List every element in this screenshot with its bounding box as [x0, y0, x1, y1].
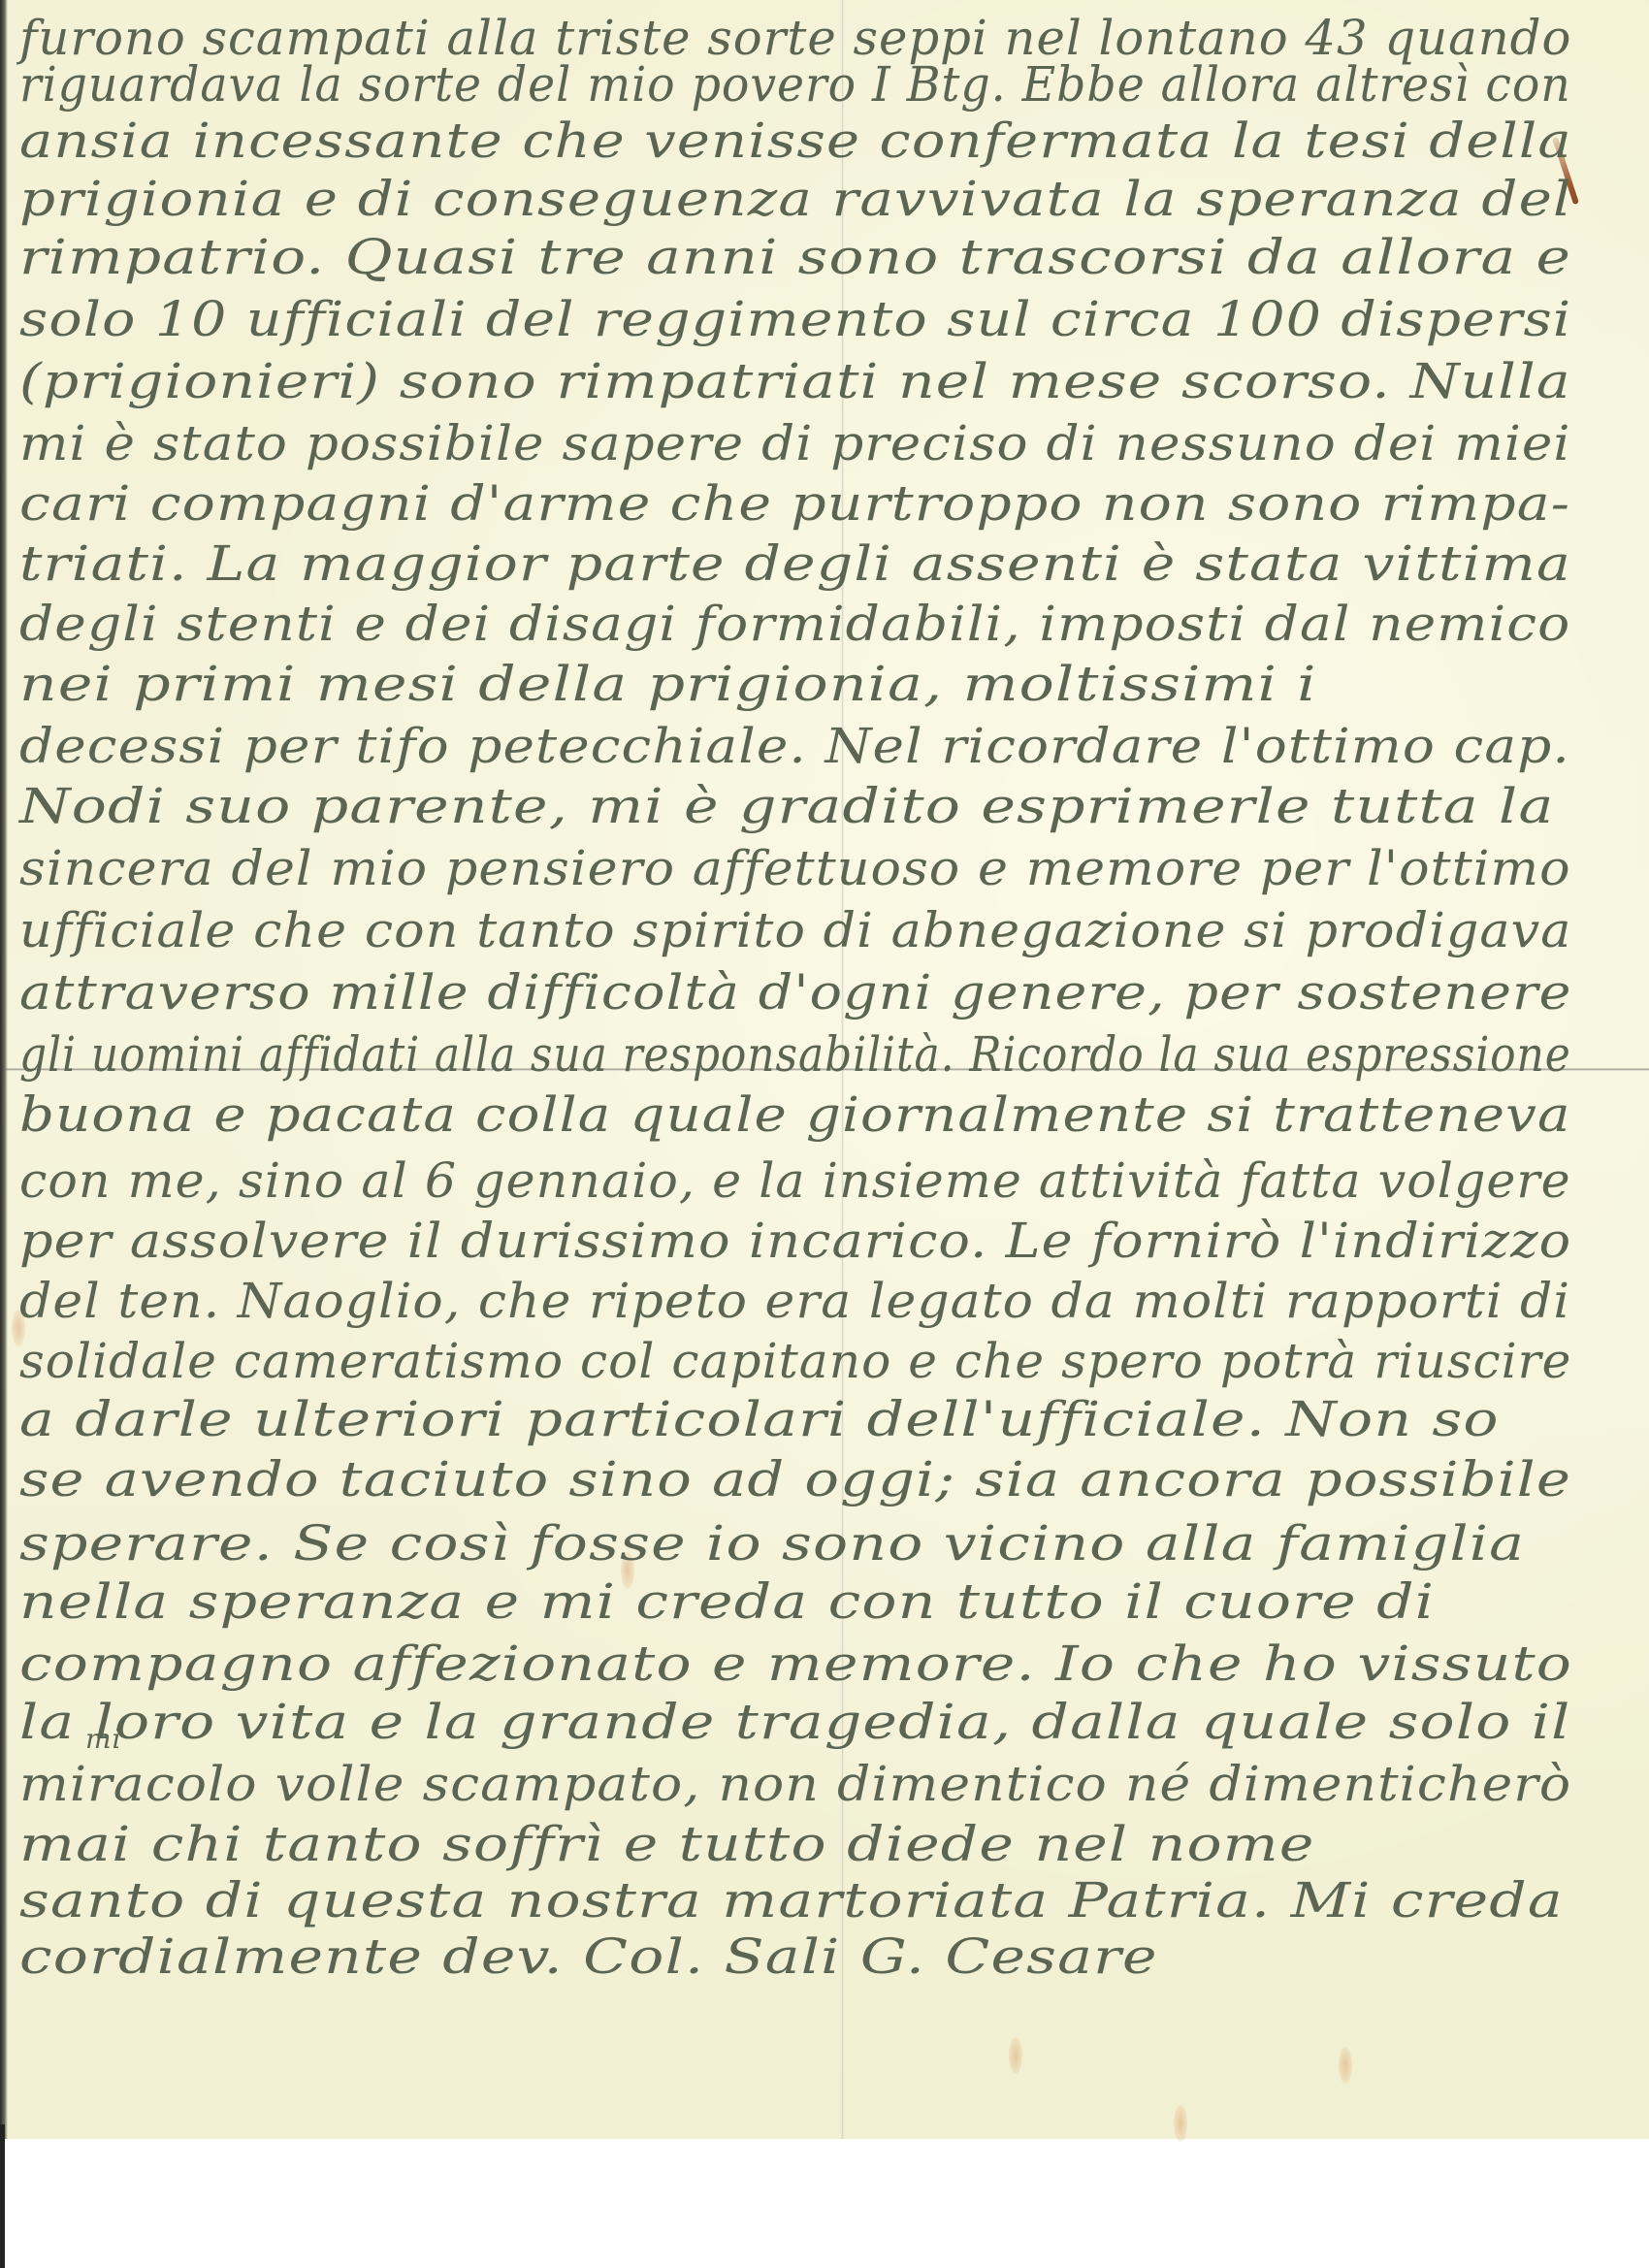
text-line: con me, sino al 6 gennaio, e la insieme …	[19, 1152, 1571, 1209]
text-line: rimpatrio. Quasi tre anni sono trascorsi…	[19, 229, 1571, 285]
text-line: buona e pacata colla quale giornalmente …	[19, 1086, 1571, 1143]
text-line: a darle ulteriori particolari dell'uffic…	[19, 1391, 1500, 1447]
stain	[1009, 2037, 1022, 2074]
text-line: sperare. Se così fosse io sono vicino al…	[19, 1515, 1525, 1571]
text-line: compagno affezionato e memore. Io che ho…	[19, 1636, 1572, 1692]
interlinear-insert: mi	[85, 1723, 122, 1755]
scan-edge-shadow	[0, 2124, 5, 2268]
stain	[1339, 2047, 1352, 2084]
text-line: nei primi mesi della prigionia, moltissi…	[19, 656, 1317, 712]
text-line: per assolvere il durissimo incarico. Le …	[19, 1213, 1571, 1269]
text-line: miracolo volle scampato, non dimentico n…	[19, 1756, 1571, 1812]
text-line: solidale cameratismo col capitano e che …	[19, 1333, 1571, 1389]
text-line: santo di questa nostra martoriata Patria…	[19, 1872, 1564, 1928]
text-line: nella speranza e mi creda con tutto il c…	[19, 1573, 1435, 1630]
text-line: ufficiale che con tanto spirito di abneg…	[19, 902, 1571, 958]
text-line: degli stenti e dei disagi formidabili, i…	[19, 596, 1570, 652]
text-line: cari compagni d'arme che purtroppo non s…	[19, 475, 1570, 532]
text-line: Nodi suo parente, mi è gradito esprimerl…	[19, 778, 1554, 834]
text-line: attraverso mille difficoltà d'ogni gener…	[19, 964, 1572, 1021]
text-line: la loro vita e la grande tragedia, dalla…	[19, 1694, 1571, 1750]
text-line: sincera del mio pensiero affettuoso e me…	[19, 840, 1571, 896]
text-line: mai chi tanto soffrì e tutto diede nel n…	[19, 1816, 1315, 1872]
signature-line: cordialmente dev. Col. Sali G. Cesare	[19, 1928, 1158, 1985]
text-line: se avendo taciuto sino ad oggi; sia anco…	[19, 1451, 1571, 1507]
text-line: del ten. Naoglio, che ripeto era legato …	[19, 1273, 1570, 1329]
text-line: (prigionieri) sono rimpatriati nel mese …	[19, 353, 1571, 409]
text-line: ansia incessante che venisse confermata …	[19, 113, 1572, 169]
text-line: mi è stato possibile sapere di preciso d…	[19, 415, 1570, 471]
text-line: decessi per tifo petecchiale. Nel ricord…	[19, 718, 1570, 774]
text-line: prigionia e di conseguenza ravvivata la …	[19, 171, 1572, 227]
stain	[1174, 2105, 1187, 2142]
text-line: triati. La maggior parte degli assenti è…	[19, 535, 1571, 592]
scan-edge-shadow	[0, 0, 8, 2139]
letter-paper: furono scampati alla triste sorte seppi …	[0, 0, 1649, 2139]
text-line: riguardava la sorte del mio povero I Btg…	[19, 56, 1571, 113]
text-line: gli uomini affidati alla sua responsabil…	[19, 1026, 1571, 1083]
text-line: solo 10 ufficiali del reggimento sul cir…	[19, 291, 1571, 347]
